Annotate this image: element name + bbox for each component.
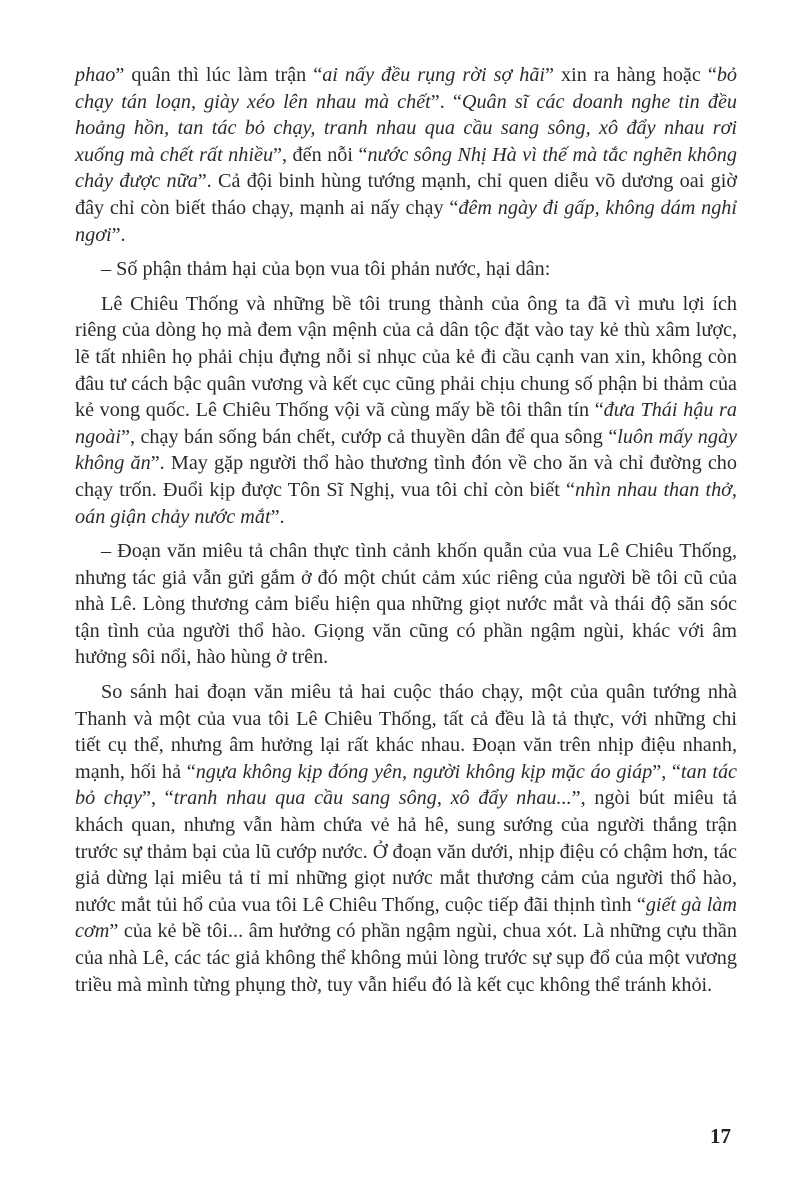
- quoted-italic-text: ngựa không kịp đóng yên, người không kịp…: [196, 761, 653, 783]
- body-text: ”, “: [652, 761, 681, 783]
- page-body: phao” quân thì lúc làm trận “ai nấy đều …: [75, 62, 737, 998]
- body-text: ”, chạy bán sống bán chết, cướp cả thuyề…: [121, 426, 617, 448]
- body-text: ”.: [271, 506, 285, 528]
- body-text: ” của kẻ bề tôi... âm hưởng có phần ngậm…: [75, 920, 737, 995]
- paragraph-comparison: So sánh hai đoạn văn miêu tả hai cuộc th…: [75, 679, 737, 998]
- body-text: – Đoạn văn miêu tả chân thực tình cảnh k…: [75, 540, 737, 668]
- body-text: ” quân thì lúc làm trận “: [115, 64, 322, 86]
- body-text: ”.: [112, 224, 126, 246]
- page-number: 17: [710, 1124, 731, 1149]
- paragraph-rout-of-qing-army: phao” quân thì lúc làm trận “ai nấy đều …: [75, 62, 737, 248]
- quoted-italic-text: phao: [75, 64, 115, 86]
- paragraph-author-sympathy: – Đoạn văn miêu tả chân thực tình cảnh k…: [75, 538, 737, 671]
- paragraph-le-chieu-thong-flight: Lê Chiêu Thống và những bề tôi trung thà…: [75, 291, 737, 530]
- body-text: ” xin ra hàng hoặc “: [545, 64, 717, 86]
- body-text: – Số phận thảm hại của bọn vua tôi phản …: [101, 258, 550, 280]
- body-text: ”, “: [142, 787, 174, 809]
- body-text: ”. “: [431, 91, 462, 113]
- quoted-italic-text: ai nấy đều rụng rời sợ hãi: [322, 64, 545, 86]
- quoted-italic-text: tranh nhau qua cầu sang sông, xô đẩy nha…: [174, 787, 572, 809]
- paragraph-heading-fate-of-le-court: – Số phận thảm hại của bọn vua tôi phản …: [75, 256, 737, 283]
- body-text: ”, đến nỗi “: [273, 144, 367, 166]
